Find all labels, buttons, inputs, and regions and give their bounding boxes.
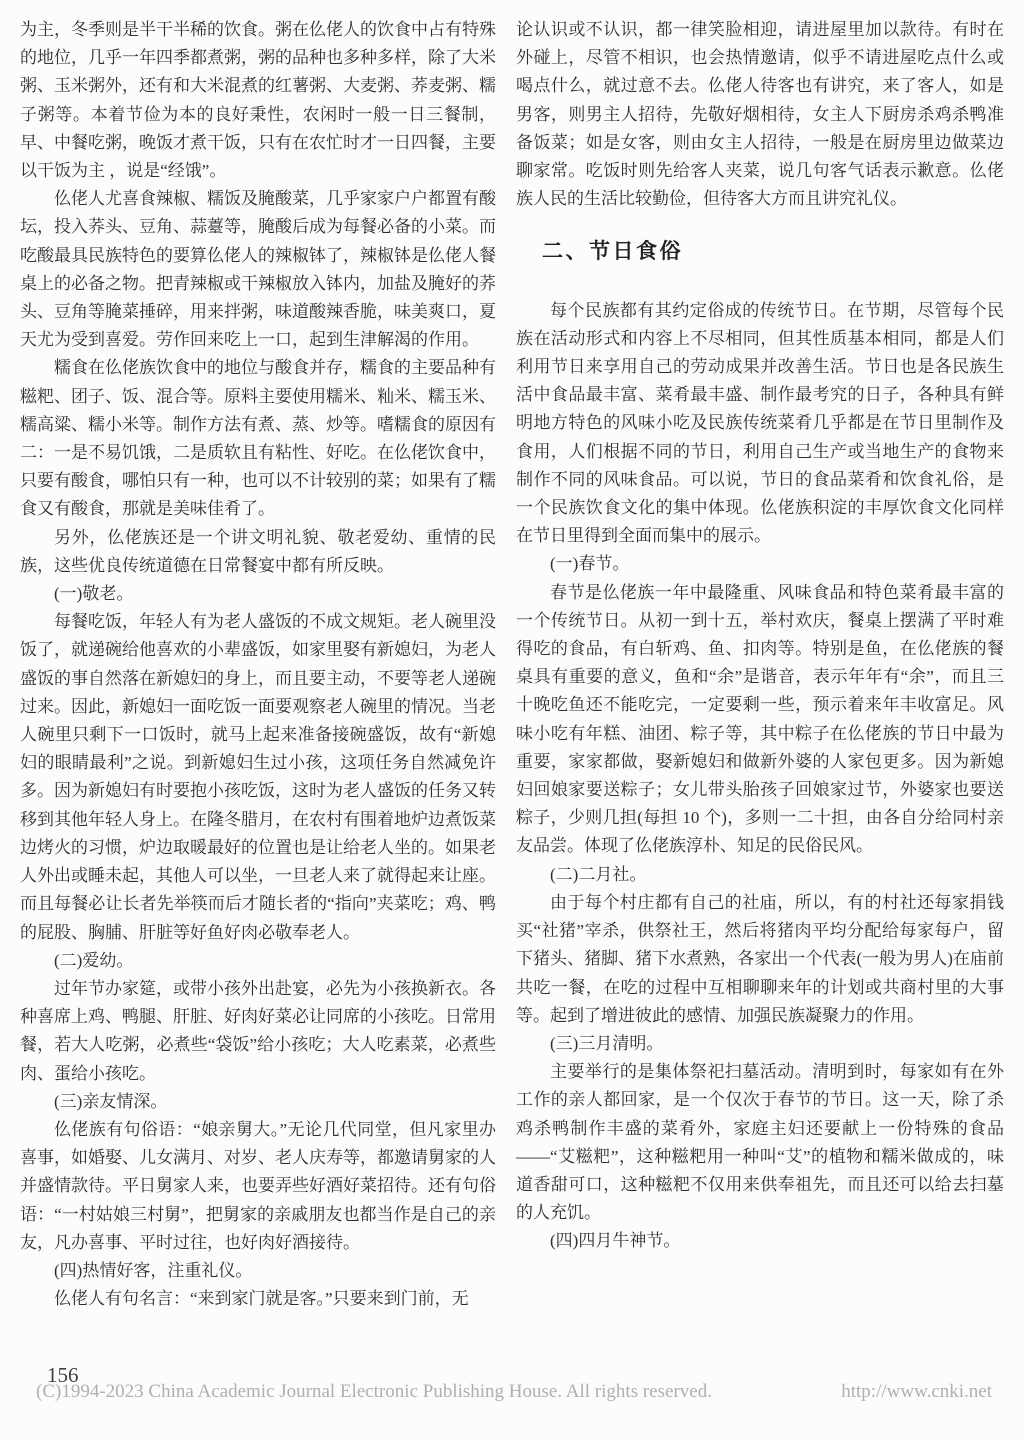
subheading-february-she: (二)二月社。: [516, 861, 1004, 889]
right-column: 论认识或不认识，都一律笑脸相迎，请进屋里加以款待。有时在外碰上，尽管不相识，也会…: [516, 16, 1004, 1256]
paragraph: 由于每个村庄都有自己的社庙，所以，有的村社还每家捐钱买“社猪”宰杀，供祭社王，然…: [516, 889, 1004, 1030]
paragraph: 糯食在仫佬族饮食中的地位与酸食并存，糯食的主要品种有糍粑、团子、饭、混合等。原料…: [20, 354, 496, 523]
paragraph: 春节是仫佬族一年中最隆重、风味食品和特色菜肴最丰富的一个传统节日。从初一到十五，…: [516, 579, 1004, 861]
paragraph: 仫佬族有句俗语：“娘亲舅大。”无论几代同堂，但凡家里办喜事，如婚娶、儿女满月、对…: [20, 1116, 496, 1257]
subheading-respect-elders: (一)敬老。: [20, 580, 496, 608]
copyright-text: (C)1994-2023 China Academic Journal Elec…: [36, 1381, 712, 1403]
journal-page: 为主，冬季则是半干半稀的饮食。粥在仫佬人的饮食中占有特殊的地位，几乎一年四季都煮…: [0, 0, 1024, 1440]
paragraph: 论认识或不认识，都一律笑脸相迎，请进屋里加以款待。有时在外碰上，尽管不相识，也会…: [516, 16, 1004, 213]
subheading-ox-god-festival: (四)四月牛神节。: [516, 1227, 1004, 1255]
paragraph: 主要举行的是集体祭祀扫墓活动。清明到时，每家如有在外工作的亲人都回家，是一个仅次…: [516, 1058, 1004, 1227]
copyright-footer: (C)1994-2023 China Academic Journal Elec…: [36, 1381, 992, 1403]
section-heading: 二、节日食俗: [542, 238, 1004, 266]
paragraph: 为主，冬季则是半干半稀的饮食。粥在仫佬人的饮食中占有特殊的地位，几乎一年四季都煮…: [20, 16, 496, 185]
paragraph: 仫佬人尤喜食辣椒、糯饭及腌酸菜，几乎家家户户都置有酸坛，投入荞头、豆角、蒜薹等，…: [20, 185, 496, 354]
subheading-love-children: (二)爱幼。: [20, 947, 496, 975]
paragraph: 仫佬人有句名言：“来到家门就是客。”只要来到门前，无: [20, 1285, 496, 1313]
subheading-hospitality: (四)热情好客，注重礼仪。: [20, 1257, 496, 1285]
cnki-url: http://www.cnki.net: [841, 1381, 992, 1403]
subheading-spring-festival: (一)春节。: [516, 550, 1004, 578]
subheading-kinship: (三)亲友情深。: [20, 1088, 496, 1116]
paragraph: 另外，仫佬族还是一个讲文明礼貌、敬老爱幼、重情的民族，这些优良传统道德在日常餐宴…: [20, 524, 496, 580]
subheading-qingming: (三)三月清明。: [516, 1030, 1004, 1058]
left-column: 为主，冬季则是半干半稀的饮食。粥在仫佬人的饮食中占有特殊的地位，几乎一年四季都煮…: [20, 16, 496, 1313]
paragraph: 过年节办家筵，或带小孩外出赴宴，必先为小孩换新衣。各种喜席上鸡、鸭腿、肝脏、好肉…: [20, 975, 496, 1088]
paragraph: 每餐吃饭，年轻人有为老人盛饭的不成文规矩。老人碗里没饭了，就递碗给他喜欢的小辈盛…: [20, 608, 496, 946]
paragraph: 每个民族都有其约定俗成的传统节日。在节期，尽管每个民族在活动形式和内容上不尽相同…: [516, 297, 1004, 551]
